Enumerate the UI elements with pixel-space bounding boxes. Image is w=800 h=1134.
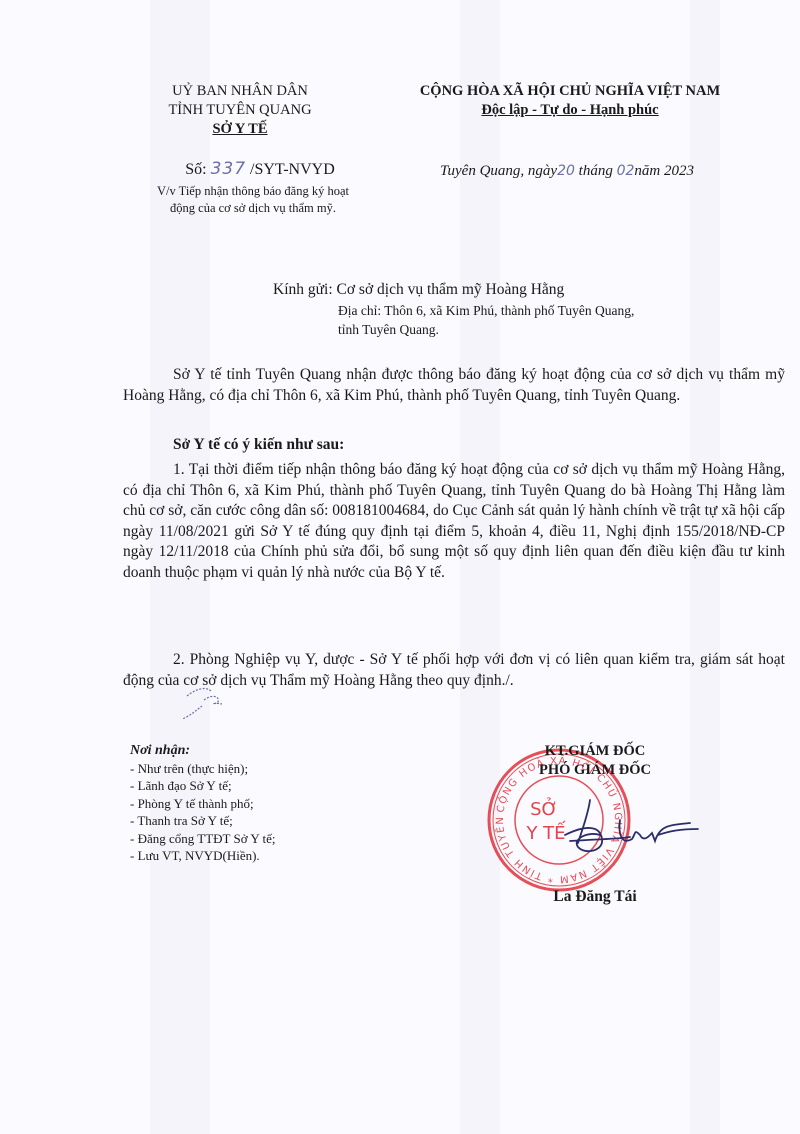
doc-number-suffix: /SYT-NVYD (250, 161, 335, 178)
signer-name: La Đăng Tái (500, 888, 690, 906)
signer-title: KT.GIÁM ĐỐC PHÓ GIÁM ĐỐC (500, 742, 690, 780)
recipient-greeting: Kính gửi: Cơ sở dịch vụ thẩm mỹ Hoàng Hằ… (273, 280, 564, 299)
document-subject: V/v Tiếp nhận thông báo đăng ký hoạt độn… (128, 183, 378, 217)
signer-title-line-1: KT.GIÁM ĐỐC (500, 742, 690, 761)
recipients-item: - Như trên (thực hiện); (130, 760, 390, 778)
org-department: SỞ Y TẾ (140, 120, 340, 139)
date-place: Tuyên Quang, ngày (440, 163, 557, 179)
country-name: CỘNG HÒA XÃ HỘI CHỦ NGHĨA VIỆT NAM (370, 82, 770, 101)
national-motto: Độc lập - Tự do - Hạnh phúc (370, 101, 770, 120)
doc-number-prefix: Số: (185, 161, 206, 178)
opinion-heading: Sở Y tế có ý kiến như sau: (173, 436, 344, 454)
date-day: 20 (557, 163, 575, 179)
recipients-title: Nơi nhận: (130, 742, 390, 760)
org-line-2: TỈNH TUYÊN QUANG (140, 101, 340, 120)
date-month-label: tháng (579, 163, 613, 179)
recipients-item: - Lưu VT, NVYD(Hiền). (130, 847, 390, 865)
address-line-1: Địa chỉ: Thôn 6, xã Kim Phú, thành phố T… (338, 301, 718, 320)
address-line-2: tỉnh Tuyên Quang. (338, 320, 718, 339)
body-point-1: 1. Tại thời điểm tiếp nhận thông báo đăn… (123, 460, 785, 583)
date-month: 02 (617, 163, 635, 179)
recipient-address: Địa chỉ: Thôn 6, xã Kim Phú, thành phố T… (338, 301, 718, 339)
body-intro: Sở Y tế tỉnh Tuyên Quang nhận được thông… (123, 365, 785, 406)
doc-number-handwritten: 337 (211, 159, 246, 179)
org-line-1: UỶ BAN NHÂN DÂN (140, 82, 340, 101)
initials-mark (182, 682, 242, 722)
document-number: Số: 337 /SYT-NVYD (140, 159, 380, 179)
signer-title-line-2: PHÓ GIÁM ĐỐC (500, 761, 690, 780)
date-year: năm 2023 (634, 163, 694, 179)
recipients-item: - Lãnh đạo Sở Y tế; (130, 777, 390, 795)
subject-line-1: V/v Tiếp nhận thông báo đăng ký hoạt (128, 183, 378, 200)
handwritten-signature (560, 795, 710, 865)
subject-line-2: động của cơ sở dịch vụ thẩm mỹ. (128, 200, 378, 217)
issuing-organization: UỶ BAN NHÂN DÂN TỈNH TUYÊN QUANG SỞ Y TẾ (140, 82, 340, 139)
date-line: Tuyên Quang, ngày20 tháng 02năm 2023 (440, 163, 770, 180)
stamp-center-line-1: SỞ (530, 797, 558, 820)
recipients-list: Nơi nhận: - Như trên (thực hiện); - Lãnh… (130, 742, 390, 865)
national-header: CỘNG HÒA XÃ HỘI CHỦ NGHĨA VIỆT NAM Độc l… (370, 82, 770, 120)
recipients-item: - Phòng Y tế thành phố; (130, 795, 390, 813)
recipients-item: - Thanh tra Sở Y tế; (130, 812, 390, 830)
recipients-item: - Đăng cổng TTĐT Sở Y tế; (130, 830, 390, 848)
